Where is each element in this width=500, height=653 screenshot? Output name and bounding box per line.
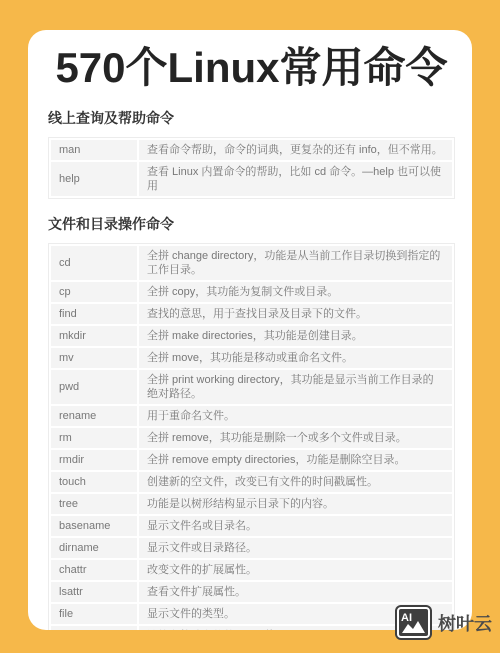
table-row: pwd全拼 print working directory，其功能是显示当前工作… bbox=[51, 370, 452, 404]
watermark-label: 树叶云 bbox=[438, 610, 492, 636]
command-cell: find bbox=[51, 304, 137, 324]
watermark: AI 树叶云 bbox=[395, 605, 492, 640]
command-cell: chattr bbox=[51, 560, 137, 580]
section-heading: 线上查询及帮助命令 bbox=[48, 108, 455, 128]
table-row: file显示文件的类型。 bbox=[51, 604, 452, 624]
table-row: tree功能是以树形结构显示目录下的内容。 bbox=[51, 494, 452, 514]
description-cell: 查找的意思，用于查找目录及目录下的文件。 bbox=[139, 304, 452, 324]
table-row: chattr改变文件的扩展属性。 bbox=[51, 560, 452, 580]
command-cell: md5sum bbox=[51, 626, 137, 630]
command-cell: cd bbox=[51, 246, 137, 280]
description-cell: 显示文件名或目录名。 bbox=[139, 516, 452, 536]
description-cell: 改变文件的扩展属性。 bbox=[139, 560, 452, 580]
command-cell: file bbox=[51, 604, 137, 624]
command-cell: rename bbox=[51, 406, 137, 426]
command-cell: rmdir bbox=[51, 450, 137, 470]
table-row: cd全拼 change directory，功能是从当前工作目录切换到指定的工作… bbox=[51, 246, 452, 280]
table-row: mv全拼 move，其功能是移动或重命名文件。 bbox=[51, 348, 452, 368]
svg-text:AI: AI bbox=[401, 612, 412, 624]
description-cell: 显示文件或目录路径。 bbox=[139, 538, 452, 558]
description-cell: 用于重命名文件。 bbox=[139, 406, 452, 426]
table-row: man查看命令帮助，命令的词典，更复杂的还有 info，但不常用。 bbox=[51, 140, 452, 160]
command-cell: basename bbox=[51, 516, 137, 536]
table-row: rename用于重命名文件。 bbox=[51, 406, 452, 426]
description-cell: 全拼 remove empty directories，功能是删除空目录。 bbox=[139, 450, 452, 470]
table-row: find查找的意思，用于查找目录及目录下的文件。 bbox=[51, 304, 452, 324]
description-cell: 功能是以树形结构显示目录下的内容。 bbox=[139, 494, 452, 514]
table-row: basename显示文件名或目录名。 bbox=[51, 516, 452, 536]
table-row: help查看 Linux 内置命令的帮助，比如 cd 命令。—help 也可以使… bbox=[51, 162, 452, 196]
description-cell: 全拼 remove，其功能是删除一个或多个文件或目录。 bbox=[139, 428, 452, 448]
table-row: md5sum计算和校验文件的 MD5 值。 bbox=[51, 626, 452, 630]
command-cell: cp bbox=[51, 282, 137, 302]
command-cell: touch bbox=[51, 472, 137, 492]
table-row: mkdir全拼 make directories，其功能是创建目录。 bbox=[51, 326, 452, 346]
description-cell: 全拼 make directories，其功能是创建目录。 bbox=[139, 326, 452, 346]
description-cell: 查看 Linux 内置命令的帮助，比如 cd 命令。—help 也可以使用 bbox=[139, 162, 452, 196]
sections-container: 线上查询及帮助命令man查看命令帮助，命令的词典，更复杂的还有 info，但不常… bbox=[48, 108, 455, 630]
command-cell: pwd bbox=[51, 370, 137, 404]
command-table: cd全拼 change directory，功能是从当前工作目录切换到指定的工作… bbox=[48, 243, 455, 630]
description-cell: 查看文件扩展属性。 bbox=[139, 582, 452, 602]
command-cell: lsattr bbox=[51, 582, 137, 602]
command-cell: help bbox=[51, 162, 137, 196]
page-title: 570个Linux常用命令 bbox=[48, 43, 455, 93]
ai-image-icon: AI bbox=[395, 605, 432, 640]
command-cell: dirname bbox=[51, 538, 137, 558]
description-cell: 创建新的空文件，改变已有文件的时间戳属性。 bbox=[139, 472, 452, 492]
command-cell: mkdir bbox=[51, 326, 137, 346]
description-cell: 全拼 copy，其功能为复制文件或目录。 bbox=[139, 282, 452, 302]
description-cell: 全拼 print working directory，其功能是显示当前工作目录的… bbox=[139, 370, 452, 404]
table-row: dirname显示文件或目录路径。 bbox=[51, 538, 452, 558]
table-row: touch创建新的空文件，改变已有文件的时间戳属性。 bbox=[51, 472, 452, 492]
infographic-card: 570个Linux常用命令 线上查询及帮助命令man查看命令帮助，命令的词典，更… bbox=[28, 30, 472, 630]
table-row: rmdir全拼 remove empty directories，功能是删除空目… bbox=[51, 450, 452, 470]
table-row: cp全拼 copy，其功能为复制文件或目录。 bbox=[51, 282, 452, 302]
description-cell: 查看命令帮助，命令的词典，更复杂的还有 info，但不常用。 bbox=[139, 140, 452, 160]
command-cell: rm bbox=[51, 428, 137, 448]
command-cell: tree bbox=[51, 494, 137, 514]
command-cell: mv bbox=[51, 348, 137, 368]
description-cell: 全拼 move，其功能是移动或重命名文件。 bbox=[139, 348, 452, 368]
description-cell: 全拼 change directory，功能是从当前工作目录切换到指定的工作目录… bbox=[139, 246, 452, 280]
table-row: lsattr查看文件扩展属性。 bbox=[51, 582, 452, 602]
section-heading: 文件和目录操作命令 bbox=[48, 214, 455, 234]
command-table: man查看命令帮助，命令的词典，更复杂的还有 info，但不常用。help查看 … bbox=[48, 137, 455, 199]
table-row: rm全拼 remove，其功能是删除一个或多个文件或目录。 bbox=[51, 428, 452, 448]
command-cell: man bbox=[51, 140, 137, 160]
